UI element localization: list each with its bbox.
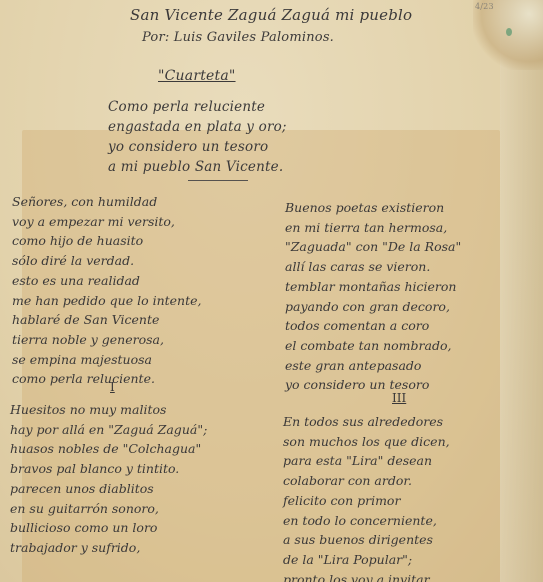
stanza-left-2: Huesitos no muy malitos hay por allá en … (10, 400, 207, 558)
page-edge-stain (500, 0, 543, 582)
verse-line: "Zaguada" con "De la Rosa" (285, 237, 461, 257)
quatrain-line: Como perla reluciente (108, 97, 287, 117)
stanza-right-2: En todos sus alrededores son muchos los … (283, 412, 450, 582)
verse-line: todos comentan a coro (285, 316, 461, 336)
verse-line: Buenos poetas existieron (285, 198, 461, 218)
verse-line: Señores, con humildad (12, 192, 201, 212)
verse-line: hablaré de San Vicente (12, 310, 201, 330)
verse-line: parecen unos diablitos (10, 479, 207, 499)
verse-line: Huesitos no muy malitos (10, 400, 207, 420)
green-ink-mark (506, 28, 512, 36)
verse-line: trabajador y sufrido, (10, 538, 207, 558)
verse-line: huasos nobles de "Colchagua" (10, 439, 207, 459)
verse-line: bullicioso como un loro (10, 518, 207, 538)
verse-line: de la "Lira Popular"; (283, 550, 450, 570)
verse-line: en todo lo concerniente, (283, 511, 450, 531)
verse-line: me han pedido que lo intente, (12, 291, 201, 311)
verse-line: a sus buenos dirigentes (283, 530, 450, 550)
quatrain-line: a mi pueblo San Vicente. (108, 157, 287, 177)
quatrain-line: yo considero un tesoro (108, 137, 287, 157)
verse-line: tierra noble y generosa, (12, 330, 201, 350)
stanza-left-1: Señores, con humildad voy a empezar mi v… (12, 192, 201, 389)
verse-line: pronto los voy a invitar (283, 570, 450, 582)
stanza-numeral-iii: III (392, 391, 406, 405)
verse-line: colaborar con ardor. (283, 471, 450, 491)
poem-author: Por: Luis Gaviles Palominos. (142, 30, 334, 45)
manuscript-page: 4/23 San Vicente Zaguá Zaguá mi pueblo P… (0, 0, 543, 582)
verse-line: sólo diré la verdad. (12, 251, 201, 271)
verse-line: esto es una realidad (12, 271, 201, 291)
stanza-numeral-i: I (110, 380, 115, 394)
verse-line: como hijo de huasito (12, 231, 201, 251)
verse-line: en su guitarrón sonoro, (10, 499, 207, 519)
verse-line: son muchos los que dicen, (283, 432, 450, 452)
verse-line: este gran antepasado (285, 356, 461, 376)
verse-line: se empina majestuosa (12, 350, 201, 370)
verse-line: felicito con primor (283, 491, 450, 511)
verse-line: payando con gran decoro, (285, 297, 461, 317)
verse-line: voy a empezar mi versito, (12, 212, 201, 232)
verse-line: yo considero un tesoro (285, 375, 461, 395)
verse-line: hay por allá en "Zaguá Zaguá"; (10, 420, 207, 440)
quatrain-line: engastada en plata y oro; (108, 117, 287, 137)
verse-line: el combate tan nombrado, (285, 336, 461, 356)
verse-line: bravos pal blanco y tintito. (10, 459, 207, 479)
page-number: 4/23 (475, 2, 494, 11)
verse-line: allí las caras se vieron. (285, 257, 461, 277)
verse-line: en mi tierra tan hermosa, (285, 218, 461, 238)
verse-line: En todos sus alrededores (283, 412, 450, 432)
stanza-right-1: Buenos poetas existieron en mi tierra ta… (285, 198, 461, 395)
underline-mark (188, 180, 248, 181)
section-heading: "Cuarteta" (158, 68, 236, 84)
verse-line: como perla reluciente. (12, 369, 201, 389)
poem-title: San Vicente Zaguá Zaguá mi pueblo (130, 6, 412, 24)
verse-line: temblar montañas hicieron (285, 277, 461, 297)
verse-line: para esta "Lira" desean (283, 451, 450, 471)
quatrain: Como perla reluciente engastada en plata… (108, 97, 287, 177)
